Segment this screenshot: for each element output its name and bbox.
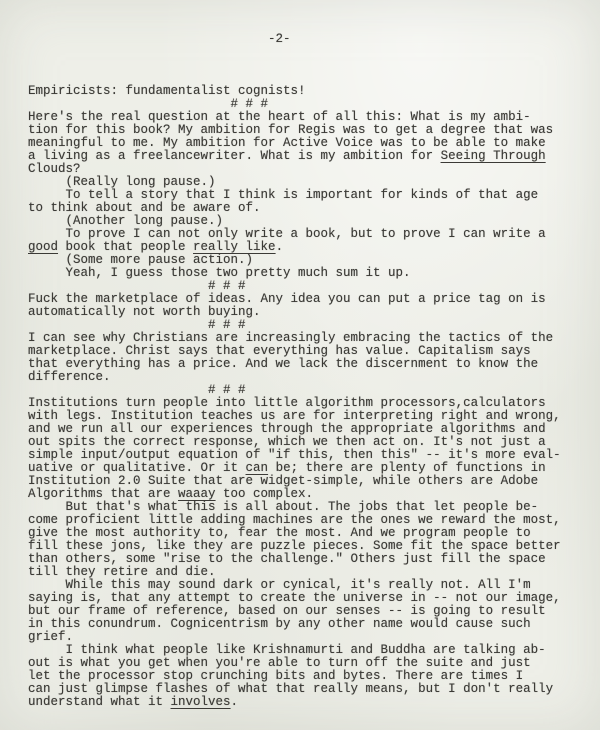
text-segment: let the processor stop crunching bits an… (28, 669, 523, 683)
underlined-text: can (246, 461, 269, 475)
text-segment: tion for this book? My ambition for Regi… (28, 123, 553, 137)
text-segment: . (276, 240, 284, 254)
underlined-text: really like (193, 240, 276, 254)
text-segment: too complex. (216, 487, 314, 501)
text-segment: Institutions turn people into little alg… (28, 396, 546, 410)
text-segment: difference. (28, 370, 111, 384)
typewritten-page: -2- Empiricists: fundamentalist cognists… (0, 0, 600, 730)
text-segment: Yeah, I guess those two pretty much sum … (28, 266, 411, 280)
text-segment: # # # (28, 97, 268, 111)
underlined-text: Seeing Through (441, 149, 546, 163)
text-segment: book that people (58, 240, 193, 254)
text-segment: out is what you get when you're able to … (28, 656, 531, 670)
text-segment: that everything has a price. And we lack… (28, 357, 538, 371)
text-segment: be; there are plenty of functions in (268, 461, 546, 475)
text-segment: meaningful to me. My ambition for Active… (28, 136, 546, 150)
text-segment: # # # (28, 383, 246, 397)
text-segment: to think about and be aware of. (28, 201, 261, 215)
text-segment: automatically not worth buying. (28, 305, 261, 319)
text-segment: than others, some "rise to the challenge… (28, 552, 546, 566)
text-segment: # # # (28, 279, 246, 293)
text-line: in this conundrum. Cognicentrism by any … (28, 618, 600, 631)
text-segment: But that's what this is all about. The j… (28, 500, 538, 514)
text-segment: While this may sound dark or cynical, it… (28, 578, 531, 592)
underlined-text: involves (171, 695, 231, 709)
underlined-text: waaay (178, 487, 216, 501)
text-segment: a living as a freelancewriter. What is m… (28, 149, 441, 163)
text-segment: out spits the correct response, which we… (28, 435, 546, 449)
text-line: understand what it involves. (28, 696, 600, 709)
text-segment: understand what it (28, 695, 171, 709)
text-segment: grief. (28, 630, 73, 644)
text-segment: Institution 2.0 Suite that are widget-si… (28, 474, 538, 488)
page-number: -2- (268, 33, 600, 46)
text-segment: with legs. Institution teaches us are fo… (28, 409, 561, 423)
text-segment: I can see why Christians are increasingl… (28, 331, 553, 345)
text-segment: and we run all our experiences through t… (28, 422, 546, 436)
text-segment: saying is, that any attempt to create th… (28, 591, 561, 605)
text-segment: in this conundrum. Cognicentrism by any … (28, 617, 531, 631)
text-segment: till they retire and die. (28, 565, 216, 579)
text-segment: . (231, 695, 239, 709)
text-segment: fill these jons, like they are puzzle pi… (28, 539, 561, 553)
typewritten-text: Empiricists: fundamentalist cognists! # … (28, 85, 600, 709)
text-line: that everything has a price. And we lack… (28, 358, 600, 371)
text-segment: simple input/output equation of "if this… (28, 448, 561, 462)
text-segment: (Some more pause action.) (28, 253, 253, 267)
text-segment: Here's the real question at the heart of… (28, 110, 531, 124)
text-segment: (Really long pause.) (28, 175, 216, 189)
text-segment: come proficient little adding machines a… (28, 513, 561, 527)
text-segment: Fuck the marketplace of ideas. Any idea … (28, 292, 546, 306)
text-segment: I think what people like Krishnamurti an… (28, 643, 546, 657)
text-segment: marketplace. Christ says that everything… (28, 344, 531, 358)
text-segment: but our frame of reference, based on our… (28, 604, 546, 618)
text-line: a living as a freelancewriter. What is m… (28, 150, 600, 163)
text-segment: To prove I can not only write a book, bu… (28, 227, 546, 241)
text-segment: # # # (28, 318, 246, 332)
text-segment: uative or qualitative. Or it (28, 461, 246, 475)
text-segment: give the most authority to, fear the mos… (28, 526, 531, 540)
text-segment: (Another long pause.) (28, 214, 223, 228)
underlined-text: good (28, 240, 58, 254)
text-segment: Clouds? (28, 162, 81, 176)
text-segment: Empiricists: fundamentalist cognists! (28, 84, 306, 98)
text-segment: can just glimpse flashes of what that re… (28, 682, 553, 696)
text-segment: To tell a story that I think is importan… (28, 188, 538, 202)
text-segment: Algorithms that are (28, 487, 178, 501)
